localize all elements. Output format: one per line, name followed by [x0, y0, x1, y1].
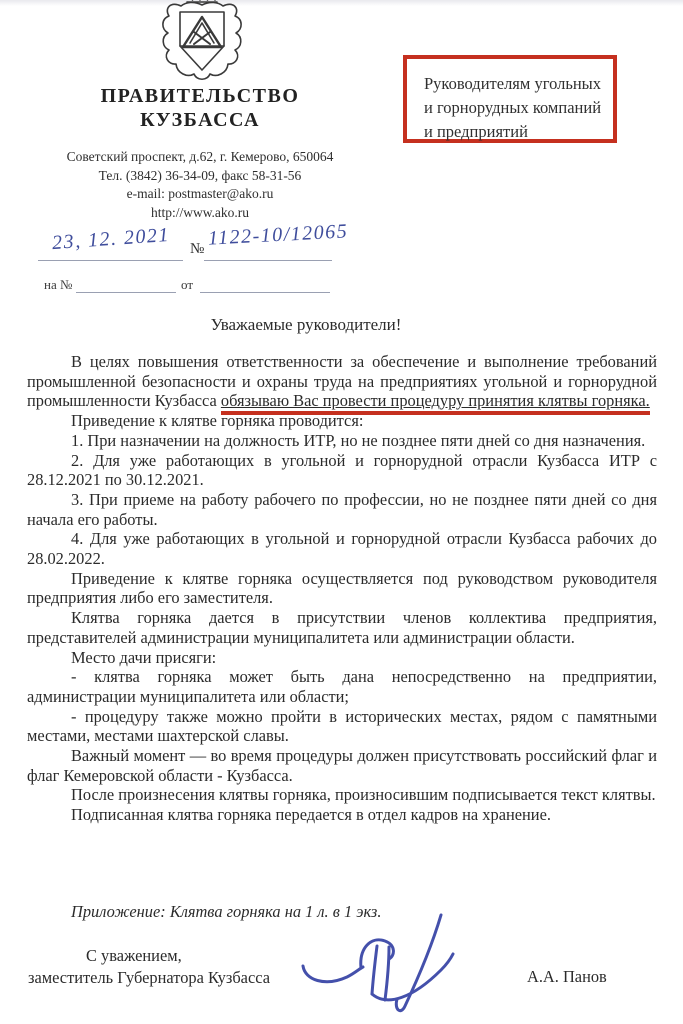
- website-line: http://www.ako.ru: [35, 204, 365, 223]
- org-name: ПРАВИТЕЛЬСТВО КУЗБАССА: [35, 84, 365, 132]
- body-paragraph-1: В целях повышения ответственности за обе…: [27, 352, 657, 411]
- number-rule-line: [204, 260, 332, 261]
- addressee-line-3: и предприятий: [424, 120, 607, 144]
- org-name-line-2: КУЗБАССА: [35, 108, 365, 132]
- date-rule-line: [38, 260, 183, 261]
- signature-stroke-1: [372, 946, 377, 994]
- body-paragraph-7: Приведение к клятве горняка осуществляет…: [27, 569, 657, 608]
- body-paragraph-3: 1. При назначении на должность ИТР, но н…: [27, 431, 657, 451]
- body-paragraph-9: Место дачи присяги:: [27, 648, 657, 668]
- signature-flourish: [372, 954, 453, 1000]
- body-paragraph-5: 3. При приеме на работу рабочего по проф…: [27, 490, 657, 529]
- signature-left-sweep: [303, 966, 363, 982]
- mountain-triangle: [183, 17, 221, 47]
- address-line: Советский проспект, д.62, г. Кемерово, 6…: [35, 148, 365, 167]
- closing-block: С уважением, заместитель Губернатора Куз…: [28, 945, 270, 989]
- salutation: Уважаемые руководители!: [0, 315, 612, 335]
- body-paragraph-10: - клятва горняка может быть дана непосре…: [27, 667, 657, 706]
- handwritten-date: 23, 12. 2021: [51, 224, 170, 255]
- crossed-hammers: [194, 32, 210, 44]
- closing-regards: С уважением,: [28, 945, 270, 967]
- reply-date-rule-line: [200, 292, 330, 293]
- addressee-line-1: Руководителям угольных: [424, 72, 607, 96]
- body-paragraph-14: Подписанная клятва горняка передается в …: [27, 805, 657, 825]
- org-name-line-1: ПРАВИТЕЛЬСТВО: [35, 84, 365, 108]
- signature-scribble: [295, 910, 505, 1022]
- ornamental-frame: [163, 2, 241, 79]
- reply-to-label: на №: [44, 277, 72, 293]
- body-paragraph-8: Клятва горняка дается в присутствии член…: [27, 608, 657, 647]
- scan-edge-shadow: [0, 0, 683, 6]
- body-paragraph-13: После произнесения клятвы горняка, произ…: [27, 785, 657, 805]
- signer-name: А.А. Панов: [527, 967, 607, 987]
- number-sign: №: [190, 241, 204, 258]
- body-paragraph-12: Важный момент — во время процедуры долже…: [27, 746, 657, 785]
- signature-stroke-2: [385, 947, 389, 1000]
- contact-block: Советский проспект, д.62, г. Кемерово, 6…: [35, 148, 365, 222]
- addressee-line-2: и горнорудных компаний: [424, 96, 607, 120]
- reply-from-label: от: [181, 277, 193, 293]
- addressee-red-annotation-box: Руководителям угольных и горнорудных ком…: [403, 55, 617, 143]
- body-paragraph-11: - процедуру также можно пройти в историч…: [27, 707, 657, 746]
- reply-number-rule-line: [76, 292, 176, 293]
- kuzbass-coat-of-arms-icon: [156, 0, 248, 94]
- email-line: e-mail: postmaster@ako.ru: [35, 185, 365, 204]
- body-paragraph-4: 2. Для уже работающих в угольной и горно…: [27, 451, 657, 490]
- scanned-letter-page: ПРАВИТЕЛЬСТВО КУЗБАССА Советский проспек…: [0, 0, 683, 1024]
- letter-body: В целях повышения ответственности за обе…: [27, 352, 657, 825]
- phone-line: Тел. (3842) 36-34-09, факс 58-31-56: [35, 167, 365, 186]
- triangle-inner-lines: [190, 23, 214, 43]
- body-paragraph-6: 4. Для уже работающих в угольной и горно…: [27, 529, 657, 568]
- handwritten-number: 1122-10/12065: [207, 220, 348, 250]
- closing-position: заместитель Губернатора Кузбасса: [28, 967, 270, 989]
